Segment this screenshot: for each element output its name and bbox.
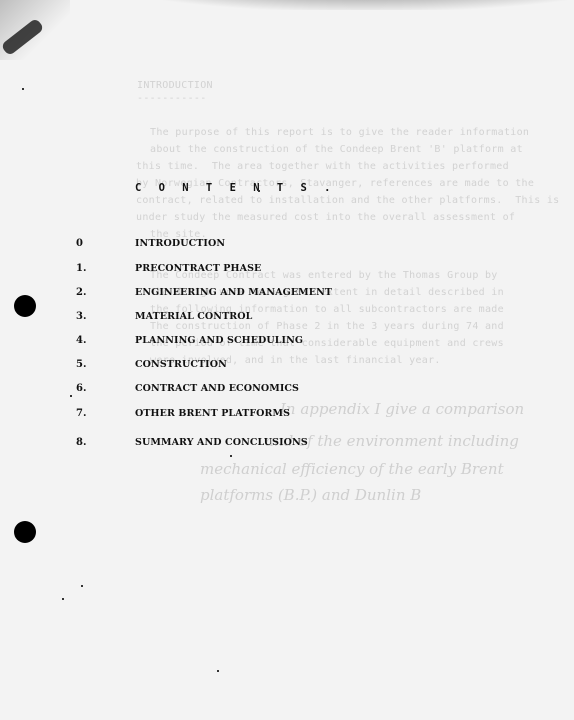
toc-entry-title: CONSTRUCTION [135,359,227,370]
toc-entry-number: 3. [76,311,106,322]
toc-entry-number: 0 [76,238,106,249]
toc-entry-title: PLANNING AND SCHEDULING [135,335,303,346]
contents-heading: C O N T E N T S . [135,182,336,194]
scanned-page: INTRODUCTION ----------- The purpose of … [0,0,574,720]
toc-entry-number: 6. [76,383,106,394]
bleed-line: under study the measured cost into the o… [136,212,515,223]
scan-shadow [90,0,574,10]
toc-entry-number: 8. [76,437,106,448]
toc-entry-title: OTHER BRENT PLATFORMS [135,408,290,419]
toc-entry-number: 2. [76,287,106,298]
scan-speck [70,395,72,397]
scan-speck [230,455,232,457]
toc-entry-title: CONTRACT AND ECONOMICS [135,383,299,394]
toc-entry-number: 1. [76,263,106,274]
bleed-handwritten-line: mechanical efficiency of the early Brent [200,460,504,478]
toc-entry-title: ENGINEERING AND MANAGEMENT [135,287,332,298]
bleed-line: this time. The area together with the ac… [136,161,509,172]
bleed-line: The purpose of this report is to give th… [150,127,529,138]
scan-speck [258,190,260,192]
toc-entry-number: 4. [76,335,106,346]
toc-entry-number: 5. [76,359,106,370]
toc-entry-title: SUMMARY AND CONCLUSIONS [135,437,308,448]
scan-speck [22,88,24,90]
bleed-handwritten-line: platforms (B.P.) and Dunlin B [200,486,421,504]
bleed-underline: ----------- [137,93,207,104]
toc-entry-title: INTRODUCTION [135,238,225,249]
toc-entry-number: 7. [76,408,106,419]
bleed-heading: INTRODUCTION [137,80,213,91]
punch-hole-icon [14,295,36,317]
toc-entry-title: MATERIAL CONTROL [135,311,252,322]
bleed-line: contract, related to installation and th… [136,195,559,206]
toc-entry-title: PRECONTRACT PHASE [135,263,261,274]
scan-speck [81,585,83,587]
bleed-line: The construction of Phase 2 in the 3 yea… [150,321,504,332]
punch-hole-icon [14,521,36,543]
bleed-handwritten-line: In appendix I give a comparison [280,400,524,418]
scan-speck [217,670,219,672]
bleed-line: about the construction of the Condeep Br… [150,144,523,155]
scan-speck [62,598,64,600]
